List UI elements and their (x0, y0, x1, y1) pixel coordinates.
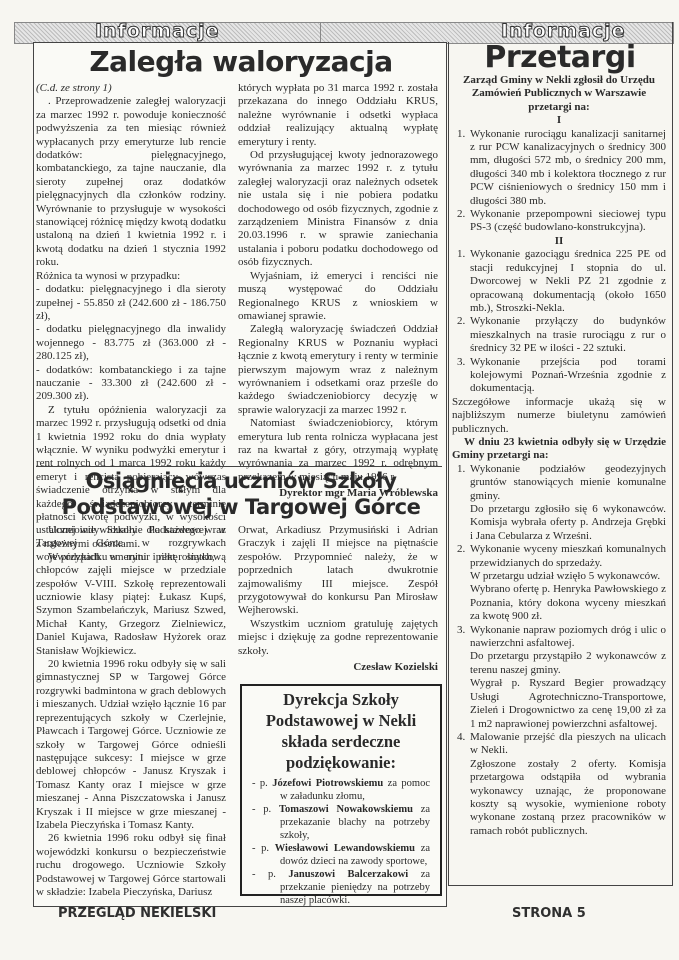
item-prefix: - p. (252, 843, 269, 854)
item-prefix: - p. (252, 869, 276, 880)
list-item: Wykonanie przejścia pod torami kolejowym… (468, 356, 666, 396)
thanks-item: - p. Wiesławowi Lewandowskiemu za dowóz … (252, 842, 430, 868)
thanks-title-line: składa serdeczne (242, 731, 440, 752)
article2-title-line1: Osiągnięcia uczniów Szkoły (36, 468, 446, 494)
section2-list: Wykonanie gazociągu średnica 225 PE od s… (452, 248, 666, 395)
tender-item: Wykonanie wyceny mieszkań komunalnych pr… (468, 543, 666, 623)
paragraph: Orwat, Arkadiusz Przymusiński i Adrian G… (238, 524, 438, 618)
person-name: Wiesławowi Lewandowskiemu (275, 843, 415, 854)
thanks-box: Dyrekcja Szkoły Podstawowej w Nekli skła… (240, 684, 442, 896)
right-frame-right-border (672, 22, 673, 885)
list-item: Wykonanie przyłączy do budynków mieszkal… (468, 315, 666, 355)
page-number: STRONA 5 (512, 906, 586, 921)
list-item: - dodatku pielęgnacyjnego dla inwalidy w… (36, 323, 226, 363)
thanks-title: Dyrekcja Szkoły Podstawowej w Nekli skła… (242, 689, 440, 773)
thanks-title-line: Podstawowej w Nekli (242, 710, 440, 731)
przetargi-body: Zarząd Gminy w Nekli zgłosił do Urzędu Z… (452, 74, 666, 838)
tender-result: Do przetargu przystąpiło 2 wykonawców z … (470, 650, 666, 677)
article2-column2: Orwat, Arkadiusz Przymusiński i Adrian G… (238, 524, 438, 674)
list-item: - dodatków: kombatanckiego i za tajne na… (36, 364, 226, 404)
paragraph: których wypłata po 31 marca 1992 r. zost… (238, 82, 438, 149)
paragraph: Wyjaśniam, iż emeryci i renciści nie mus… (238, 270, 438, 324)
paragraph: Wszystkim uczniom gratuluję zajętych mie… (238, 618, 438, 658)
section-label-left: Informacje (95, 20, 220, 42)
paragraph: Zaległą waloryzację świadczeń Oddział Re… (238, 323, 438, 417)
thanks-list: - p. Józefowi Piotrowskiemu za pomoc w z… (242, 777, 440, 907)
section1-list: Wykonanie rurociągu kanalizacji sanitarn… (452, 128, 666, 235)
list-item: Wykonanie rurociągu kanalizacji sanitarn… (468, 128, 666, 208)
list-item: Wykonanie gazociągu średnica 225 PE od s… (468, 248, 666, 315)
publication-name: PRZEGLĄD NEKIELSKI (58, 906, 216, 921)
section-label: I (452, 114, 666, 127)
paragraph: Różnica ta wynosi w przypadku: (36, 270, 226, 283)
thanks-item: - p. Januszowi Balcerzakowi za przekzani… (252, 868, 430, 907)
article2-title-line2: Podstawowej w Targowej Górce (36, 494, 446, 520)
tender-item: Wykonanie napraw poziomych dróg i ulic o… (468, 624, 666, 731)
tender-result: Zgłoszone zostały 2 oferty. Komisja prze… (470, 758, 666, 838)
thanks-item: - p. Józefowi Piotrowskiemu za pomoc w z… (252, 777, 430, 803)
right-frame-bottom-border (448, 885, 673, 886)
tender-title: Malowanie przejść dla pieszych na ulicac… (470, 731, 666, 758)
tender-result: Wygrał p. Ryszard Begier prowadzący Usłu… (470, 677, 666, 731)
tender-title: Wykonanie wyceny mieszkań komunalnych pr… (470, 543, 666, 570)
section-label-right: Informacje (501, 20, 626, 42)
tenders-list: Wykonanie podziałów geodezyjnych gruntów… (452, 463, 666, 838)
section-banner-left: Informacje (14, 22, 321, 44)
tender-title: Wykonanie podziałów geodezyjnych gruntów… (470, 463, 666, 503)
person-name: Januszowi Balcerzakowi (288, 869, 408, 880)
thanks-title-line: Dyrekcja Szkoły (242, 689, 440, 710)
article-divider (36, 466, 442, 467)
article2-column1: Uczniowie Szkoły Podstawowej w Targowej … (36, 524, 226, 899)
paragraph: Uczniowie Szkoły Podstawowej w Targowej … (36, 524, 226, 658)
right-frame-left-border (448, 42, 449, 885)
item-prefix: - p. (252, 778, 268, 789)
tender-result: Do przetargu zgłosiło się 6 wykonawców. … (470, 503, 666, 543)
article3-title: Przetargi (448, 40, 672, 76)
przetargi-subheading: W dniu 23 kwietnia odbyły się w Urzędzie… (452, 436, 666, 463)
tender-item: Wykonanie podziałów geodezyjnych gruntów… (468, 463, 666, 543)
details-note: Szczegółowe informacje ukażą się w najbl… (452, 396, 666, 436)
person-name: Józefowi Piotrowskiemu (272, 778, 383, 789)
paragraph: . Przeprowadzenie zaległej waloryzacji z… (36, 95, 226, 269)
thanks-title-line: podziękowanie: (242, 752, 440, 773)
person-name: Tomaszowi Nowakowskiemu (279, 804, 413, 815)
paragraph: Od przysługującej kwoty jednorazowego wy… (238, 149, 438, 270)
article1-title: Zaległa waloryzacja (36, 44, 446, 80)
continued-note: (C.d. ze strony 1) (36, 82, 226, 95)
article1-column2: których wypłata po 31 marca 1992 r. zost… (238, 82, 438, 501)
article2-title: Osiągnięcia uczniów Szkoły Podstawowej w… (36, 468, 446, 520)
section-label: II (452, 235, 666, 248)
item-prefix: - p. (252, 804, 271, 815)
tender-result: W przetargu udział wzięło 5 wykonawców. (470, 570, 666, 583)
tender-title: Wykonanie napraw poziomych dróg i ulic o… (470, 624, 666, 651)
tender-result: Wybrano ofertę p. Henryka Pawłowskiego z… (470, 583, 666, 623)
przetargi-intro: Zarząd Gminy w Nekli zgłosił do Urzędu Z… (452, 74, 666, 114)
paragraph: 26 kwietnia 1996 roku odbył się finał wo… (36, 832, 226, 899)
list-item: Wykonanie przepompowni sieciowej typu PS… (468, 208, 666, 235)
article2-signature: Czesław Kozielski (238, 661, 438, 674)
thanks-item: - p. Tomaszowi Nowakowskiemu za przekaza… (252, 803, 430, 842)
tender-item: Malowanie przejść dla pieszych na ulicac… (468, 731, 666, 838)
paragraph: 20 kwietnia 1996 roku odbyły się w sali … (36, 658, 226, 832)
list-item: - dodatku: pielęgnacyjnego i dla sieroty… (36, 283, 226, 323)
